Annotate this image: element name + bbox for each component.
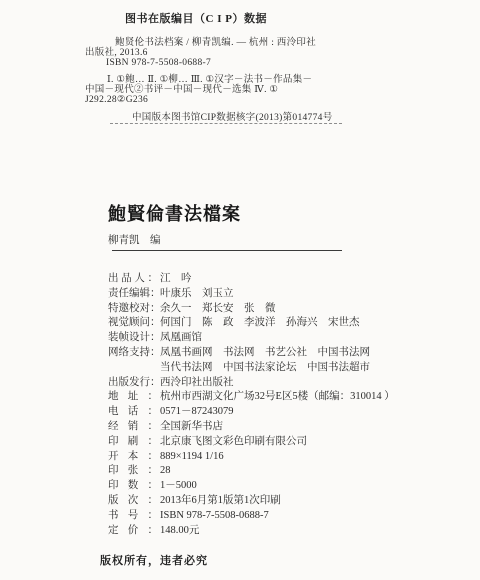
cip-isbn-line: ISBN 978-7-5508-0688-7 — [106, 58, 375, 68]
colophon-label: 定价： — [108, 524, 158, 539]
colophon-row-web-support: 网络支持： 凤凰书画网 书法网 书艺公社 中国书法网 — [108, 346, 438, 361]
colophon-value: ISBN 978-7-5508-0688-7 — [160, 509, 269, 524]
colophon-value: 江 吟 — [160, 272, 192, 287]
colophon-row-publisher: 出版发行： 西泠印社出版社 — [108, 376, 438, 391]
colophon-value: 889×1194 1/16 — [160, 450, 224, 465]
colophon-value: 凤凰画馆 — [160, 331, 202, 346]
cip-header: 图书在版编目（C I P）数据 — [125, 10, 375, 26]
cip-record-line-1: 鲍贤伦书法档案 / 柳青凯编. — 杭州 : 西泠印社 — [115, 38, 375, 48]
colophon-row-phone: 电话： 0571－87243079 — [108, 405, 438, 420]
colophon-row-visual-consultants: 视觉顾问： 何国门 陈 政 李波洋 孙海兴 宋世杰 — [108, 316, 438, 331]
title-block: 鮑賢倫書法檔案 柳青凯 编 — [108, 203, 241, 247]
copyright-page: 图书在版编目（C I P）数据 鲍贤伦书法档案 / 柳青凯编. — 杭州 : 西… — [0, 0, 480, 580]
colophon-value: 北京康飞图文彩色印刷有限公司 — [160, 435, 307, 450]
colophon-label: 印张： — [108, 464, 158, 479]
colophon-label: 责任编辑： — [108, 287, 158, 302]
colophon-label: 印数： — [108, 479, 158, 494]
divider-solid — [112, 250, 342, 251]
colophon-label: 印刷： — [108, 435, 158, 450]
colophon-row-address: 地址： 杭州市西湖文化广场32号E区5楼（邮编：310014 ） — [108, 390, 438, 405]
colophon-label: 特邀校对： — [108, 302, 158, 317]
colophon-section: 出品人： 江 吟 责任编辑： 叶康乐 刘玉立 特邀校对： 余久一 郑长安 张 微… — [108, 272, 438, 538]
colophon-value: 28 — [160, 464, 171, 479]
colophon-value: 0571－87243079 — [160, 405, 234, 420]
colophon-row-producer: 出品人： 江 吟 — [108, 272, 438, 287]
colophon-label: 电话： — [108, 405, 158, 420]
colophon-row-format: 开本： 889×1194 1/16 — [108, 450, 438, 465]
colophon-row-isbn: 书号： ISBN 978-7-5508-0688-7 — [108, 509, 438, 524]
colophon-row-design: 装帧设计： 凤凰画馆 — [108, 331, 438, 346]
colophon-value: 148.00元 — [160, 524, 199, 539]
colophon-value: 何国门 陈 政 李波洋 孙海兴 宋世杰 — [160, 316, 360, 331]
colophon-value: 余久一 郑长安 张 微 — [160, 302, 276, 317]
colophon-label: 网络支持： — [108, 346, 158, 361]
colophon-row-web-support-cont: 当代书法网 中国书法家论坛 中国书法超市 — [108, 361, 438, 376]
colophon-row-price: 定价： 148.00元 — [108, 524, 438, 539]
colophon-label: 视觉顾问： — [108, 316, 158, 331]
editor-line: 柳青凯 编 — [108, 232, 241, 247]
colophon-label: 经销： — [108, 420, 158, 435]
cip-class-line-3: J292.28②G236 — [85, 95, 375, 105]
book-title: 鮑賢倫書法檔案 — [108, 203, 241, 225]
colophon-value: 1－5000 — [160, 479, 197, 494]
colophon-row-editor: 责任编辑： 叶康乐 刘玉立 — [108, 287, 438, 302]
colophon-label — [108, 361, 158, 376]
divider-dashed — [110, 123, 342, 124]
colophon-value: 西泠印社出版社 — [160, 376, 234, 391]
cip-class-line-2: 中国－现代②书评－中国－现代－选集 Ⅳ. ① — [85, 85, 375, 95]
colophon-row-distribution: 经销： 全国新华书店 — [108, 420, 438, 435]
cip-class-line-1: Ⅰ. ①鲍… Ⅱ. ①柳… Ⅲ. ①汉字－法书－作品集－ — [107, 75, 375, 85]
colophon-label: 出版发行： — [108, 376, 158, 391]
cip-section: 图书在版编目（C I P）数据 鲍贤伦书法档案 / 柳青凯编. — 杭州 : 西… — [85, 10, 375, 123]
colophon-label: 开本： — [108, 450, 158, 465]
colophon-value: 当代书法网 中国书法家论坛 中国书法超市 — [160, 361, 370, 376]
cip-registry-line: 中国版本图书馆CIP数据核字(2013)第014774号 — [132, 113, 375, 123]
colophon-row-print-run: 印数： 1－5000 — [108, 479, 438, 494]
colophon-row-proofreaders: 特邀校对： 余久一 郑长安 张 微 — [108, 302, 438, 317]
copyright-notice: 版权所有，违者必究 — [100, 552, 208, 568]
colophon-value: 全国新华书店 — [160, 420, 223, 435]
colophon-row-edition: 版次： 2013年6月第1版第1次印刷 — [108, 494, 438, 509]
cip-record-line-2: 出版社, 2013.6 — [85, 48, 375, 58]
colophon-label: 版次： — [108, 494, 158, 509]
colophon-label: 装帧设计： — [108, 331, 158, 346]
colophon-row-sheets: 印张： 28 — [108, 464, 438, 479]
colophon-label: 出品人： — [108, 272, 158, 287]
colophon-label: 地址： — [108, 390, 158, 405]
colophon-row-printer: 印刷： 北京康飞图文彩色印刷有限公司 — [108, 435, 438, 450]
colophon-value: 凤凰书画网 书法网 书艺公社 中国书法网 — [160, 346, 370, 361]
colophon-value: 2013年6月第1版第1次印刷 — [160, 494, 281, 509]
colophon-value: 杭州市西湖文化广场32号E区5楼（邮编：310014 ） — [160, 390, 395, 405]
colophon-label: 书号： — [108, 509, 158, 524]
colophon-value: 叶康乐 刘玉立 — [160, 287, 234, 302]
